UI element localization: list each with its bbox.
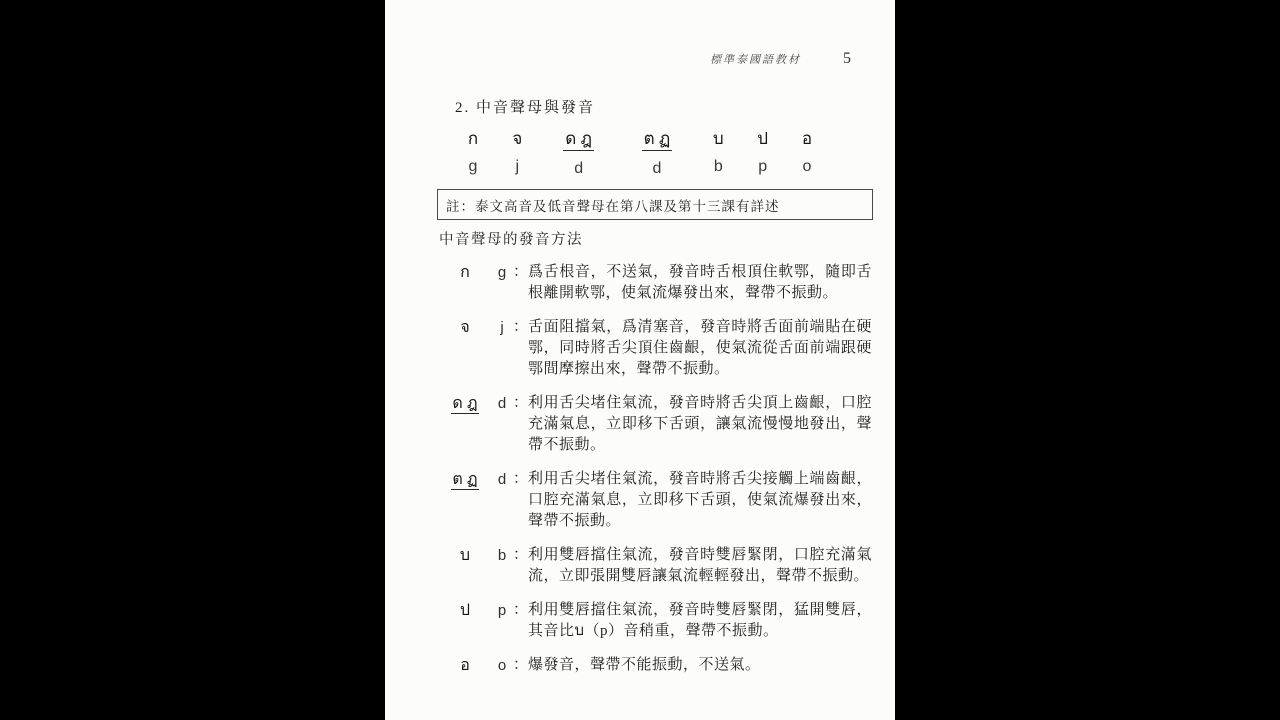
consonant-column: ด ฎ d (540, 129, 618, 178)
romanization: d (491, 393, 513, 414)
romanization: b (491, 545, 513, 566)
romanization: d (491, 469, 513, 490)
consonant-column: ป p (741, 129, 785, 178)
thai-letter: ต ฏ (642, 129, 673, 151)
consonant-column: ต ฏ d (618, 129, 696, 178)
entry-description: 利用雙唇擋住氣流，發音時雙唇緊閉，猛開雙唇，其音比บ（p）音稍重，聲帶不振動。 (528, 600, 872, 642)
entry-description: 利用舌尖堵住氣流，發音時將舌尖接觸上端齒齦，口腔充滿氣息，立即移下舌頭，使氣流爆… (528, 469, 872, 532)
thai-letter: จ (439, 317, 491, 338)
letterbox-right (895, 0, 1280, 720)
entry-description: 利用舌尖堵住氣流，發音時將舌尖頂上齒齦，口腔充滿氣息，立即移下舌頭，讓氣流慢慢地… (528, 393, 872, 456)
romanization: g (469, 158, 478, 176)
section-title: 2. 中音聲母與發音 (455, 96, 861, 117)
thai-letter: ด ฎ (439, 393, 491, 414)
romanization: p (758, 158, 767, 176)
pronunciation-entries: ก g ： 爲舌根音，不送氣，發音時舌根頂住軟鄂，隨即舌根離開軟鄂，使氣流爆發出… (439, 262, 861, 676)
thai-letter: บ (439, 545, 491, 566)
romanization: g (491, 262, 513, 283)
romanization: j (491, 317, 513, 338)
consonant-column: ก g (451, 129, 495, 178)
entry-description: 舌面阻擋氣，爲清塞音，發音時將舌面前端貼在硬鄂，同時將舌尖頂住齒齦，使氣流從舌面… (528, 317, 872, 380)
romanization: o (491, 655, 513, 676)
consonant-column: บ b (696, 129, 740, 178)
thai-letter: ป (757, 129, 768, 149)
colon-separator: ： (513, 655, 528, 676)
consonant-table: ก g จ j ด ฎ d ต ฏ d บ b ป p (451, 129, 829, 178)
colon-separator: ： (513, 545, 528, 566)
pronunciation-entry: อ o ： 爆發音，聲帶不能振動，不送氣。 (439, 655, 861, 676)
consonant-column: อ o (785, 129, 829, 178)
thai-letter: ด ฎ (563, 129, 594, 151)
thai-letter: บ (713, 129, 724, 149)
entry-description: 爲舌根音，不送氣，發音時舌根頂住軟鄂，隨即舌根離開軟鄂，使氣流爆發出來，聲帶不振… (528, 262, 872, 304)
thai-letter: อ (802, 129, 812, 149)
romanization: b (714, 158, 723, 176)
letterbox-left (0, 0, 385, 720)
colon-separator: ： (513, 469, 528, 490)
pronunciation-entry: ก g ： 爲舌根音，不送氣，發音時舌根頂住軟鄂，隨即舌根離開軟鄂，使氣流爆發出… (439, 262, 861, 304)
pronunciation-entry: ต ฏ d ： 利用舌尖堵住氣流，發音時將舌尖接觸上端齒齦，口腔充滿氣息，立即移… (439, 469, 861, 532)
pronunciation-entry: จ j ： 舌面阻擋氣，爲清塞音，發音時將舌面前端貼在硬鄂，同時將舌尖頂住齒齦，… (439, 317, 861, 380)
pronunciation-entry: ป p ： 利用雙唇擋住氣流，發音時雙唇緊閉，猛開雙唇，其音比บ（p）音稍重，聲… (439, 600, 861, 642)
page-number: 5 (843, 50, 851, 68)
note-box: 註：泰文高音及低音聲母在第八課及第十三課有詳述 (437, 189, 873, 220)
thai-letter: อ (439, 655, 491, 676)
thai-letter: ป (439, 600, 491, 621)
pronunciation-entry: ด ฎ d ： 利用舌尖堵住氣流，發音時將舌尖頂上齒齦，口腔充滿氣息，立即移下舌… (439, 393, 861, 456)
romanization: d (574, 160, 583, 178)
subsection-title: 中音聲母的發音方法 (439, 228, 861, 249)
colon-separator: ： (513, 393, 528, 414)
romanization: d (653, 160, 662, 178)
thai-letter: ก (468, 129, 478, 149)
thai-letter: จ (512, 129, 522, 149)
running-header: 標準泰國語教材 5 (439, 50, 861, 68)
consonant-column: จ j (495, 129, 539, 178)
thai-letter: ก (439, 262, 491, 283)
textbook-page: 標準泰國語教材 5 2. 中音聲母與發音 ก g จ j ด ฎ d ต ฏ d… (385, 0, 895, 720)
colon-separator: ： (513, 317, 528, 338)
entry-description: 爆發音，聲帶不能振動，不送氣。 (528, 655, 872, 676)
entry-description: 利用雙唇擋住氣流，發音時雙唇緊閉，口腔充滿氣流，立即張開雙唇讓氣流輕輕發出，聲帶… (528, 545, 872, 587)
thai-letter: ต ฏ (439, 469, 491, 490)
romanization: p (491, 600, 513, 621)
booklet-title: 標準泰國語教材 (710, 51, 801, 67)
colon-separator: ： (513, 600, 528, 621)
romanization: j (516, 158, 520, 176)
romanization: o (803, 158, 812, 176)
pronunciation-entry: บ b ： 利用雙唇擋住氣流，發音時雙唇緊閉，口腔充滿氣流，立即張開雙唇讓氣流輕… (439, 545, 861, 587)
video-frame: 標準泰國語教材 5 2. 中音聲母與發音 ก g จ j ด ฎ d ต ฏ d… (0, 0, 1280, 720)
colon-separator: ： (513, 262, 528, 283)
